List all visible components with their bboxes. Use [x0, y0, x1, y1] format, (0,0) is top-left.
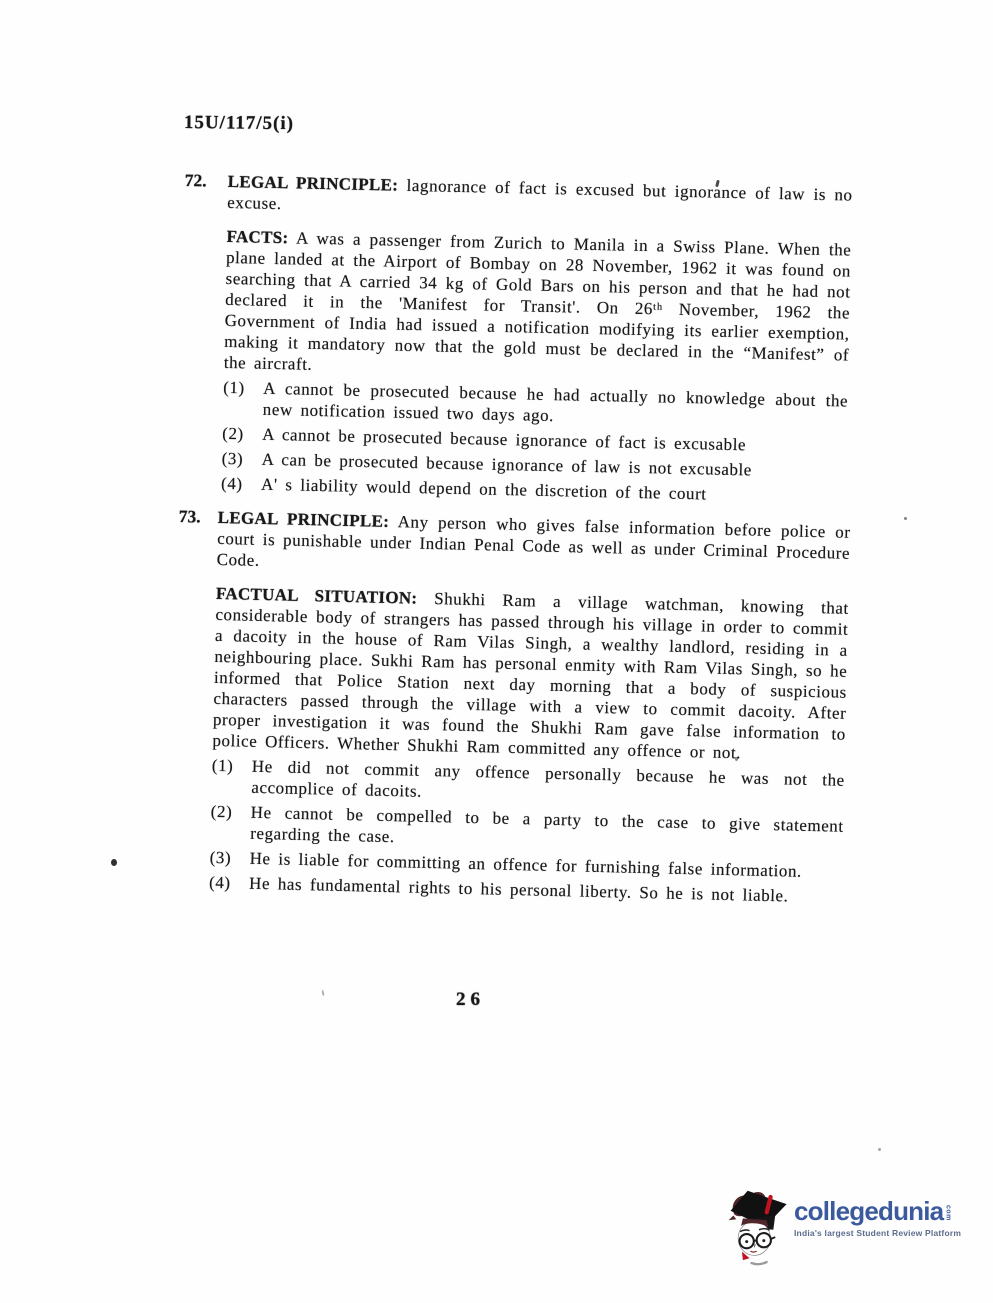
brand-tagline: India's largest Student Review Platform [794, 1228, 961, 1238]
page-number: 26 [456, 989, 485, 1011]
question-72: 72. LEGAL PRINCIPLE: lagnorance of fact … [178, 170, 853, 507]
facts-text: A was a passenger from Zurich to Manila … [224, 228, 852, 373]
facts: FACTS: A was a passenger from Zurich to … [224, 226, 852, 387]
scan-speck [878, 1148, 881, 1151]
collegedunia-logo: collegedunia com India's largest Student… [722, 1182, 978, 1268]
logo-text: collegedunia com India's largest Student… [794, 1182, 961, 1238]
option-number: (2) [222, 423, 262, 445]
factual-situation-label: FACTUAL SITUATION: [216, 584, 418, 608]
scan-speck [111, 859, 117, 866]
doc-code: 15U/117/5(i) [184, 112, 294, 135]
question-73: 73. LEGAL PRINCIPLE: Any person who give… [170, 506, 851, 908]
legal-principle: LEGAL PRINCIPLE: lagnorance of fact is e… [227, 171, 853, 227]
factual-situation: FACTUAL SITUATION: Shukhi Ram a village … [212, 583, 849, 766]
option-number: (1) [211, 755, 252, 798]
option-number: (4) [221, 473, 261, 495]
option-text: A cannot be prosecuted because he had ac… [263, 378, 849, 433]
option-number: (4) [209, 872, 249, 894]
option-number: (1) [223, 377, 264, 420]
collegedunia-mascot-icon [722, 1184, 798, 1266]
legal-principle: LEGAL PRINCIPLE: Any person who gives fa… [217, 507, 851, 585]
scan-speck [904, 517, 907, 520]
options-list: (1)A cannot be prosecuted because he had… [221, 377, 848, 508]
options-list: (1)He did not commit any offence persona… [209, 755, 845, 908]
question-number: 72. [178, 170, 228, 494]
legal-principle-label: LEGAL PRINCIPLE: [218, 508, 390, 531]
brand-name: collegedunia [794, 1198, 943, 1224]
option-number: (3) [221, 448, 261, 470]
option-number: (3) [209, 847, 249, 869]
brand-domain-suffix: com [944, 1205, 951, 1221]
scanned-exam-page: 15U/117/5(i) 72. LEGAL PRINCIPLE: lagnor… [0, 0, 993, 1303]
option-number: (2) [210, 801, 251, 844]
scan-speck [735, 757, 738, 761]
factual-situation-text: Shukhi Ram a village watchman, knowing t… [212, 589, 849, 762]
scan-speck [321, 990, 324, 996]
legal-principle-label: LEGAL PRINCIPLE: [228, 172, 399, 195]
facts-label: FACTS: [226, 227, 288, 247]
